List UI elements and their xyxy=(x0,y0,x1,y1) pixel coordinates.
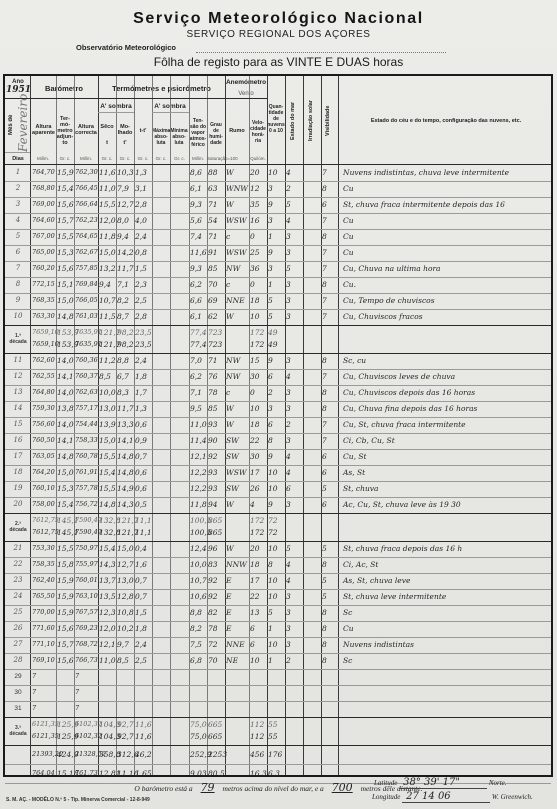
cell-molh: 9,7 xyxy=(117,640,134,649)
cell-seco: 11,0 xyxy=(99,184,116,193)
cell-alt-ap: 760,20 xyxy=(32,264,56,272)
cell-humid: 71 xyxy=(208,356,225,365)
unit-label: Gr. c. xyxy=(116,156,134,162)
weather-observation: Cu xyxy=(343,184,354,193)
cell-alt-ap: 764,04 xyxy=(32,769,56,777)
day-number: 6 xyxy=(7,248,29,256)
cell-pencil-draft: 125,9 xyxy=(57,720,74,729)
cell-alt-cor: 763,10 xyxy=(75,592,98,600)
cell-term: 14,8 xyxy=(57,452,74,461)
day-number: 18 xyxy=(7,468,29,476)
cell-pencil-draft: 121,7 xyxy=(117,516,134,525)
cell-mar: 2 xyxy=(286,184,303,193)
cell-dif: 2,5 xyxy=(135,656,152,665)
cell-term: 125,9 xyxy=(57,732,74,741)
cell-vel: 16 xyxy=(250,216,267,225)
barometro-header: Barómetro xyxy=(31,86,97,92)
cell-mar: 4 xyxy=(286,168,303,177)
cell-vis: 5 xyxy=(322,592,338,601)
row-divider xyxy=(5,433,551,434)
cell-pencil-draft: 7612,75 xyxy=(32,516,56,524)
cell-rumo: E xyxy=(226,624,249,633)
day-number: 3 xyxy=(7,200,29,208)
longitude: Longitude 27 14 06 W. Greenwich. xyxy=(372,791,533,803)
cell-alt-ap: 759,30 xyxy=(32,404,56,412)
row-divider xyxy=(5,481,551,482)
cell-tensao: 8,8 xyxy=(190,608,207,617)
cell-alt-ap: 763,05 xyxy=(32,452,56,460)
cell-vis: 7 xyxy=(322,296,338,305)
cell-nuv: 8 xyxy=(268,560,285,569)
cell-alt-ap: 7 xyxy=(32,704,56,712)
day-number: 24 xyxy=(7,592,29,600)
cell-tensao: 9,3 xyxy=(190,264,207,273)
day-number: 11 xyxy=(7,356,29,364)
cell-seco: 15,5 xyxy=(99,484,116,493)
cell-tensao: 77,4 xyxy=(190,340,207,349)
cell-nuv: 5 xyxy=(268,296,285,305)
weather-observation: As, St, chuva leve xyxy=(343,576,410,585)
cell-tensao: 252,9 xyxy=(190,750,207,759)
cell-alt-ap: 762,55 xyxy=(32,372,56,380)
cell-humid: 91 xyxy=(208,248,225,257)
weather-observation: St, chuva leve intermitente xyxy=(343,592,446,601)
cell-dif: 0,6 xyxy=(135,484,152,493)
cell-nuv: 8 xyxy=(268,436,285,445)
cell-nuv: 1 xyxy=(268,280,285,289)
cell-tensao: 10,0 xyxy=(190,560,207,569)
cell-pencil-draft: 132,8 xyxy=(99,516,116,525)
cell-seco: 13,7 xyxy=(99,576,116,585)
altura-correcta-header: Altura correcta xyxy=(74,124,98,136)
cell-humid: 70 xyxy=(208,656,225,665)
cell-term: 145,1 xyxy=(57,528,74,537)
cell-seco: 13,2 xyxy=(99,264,116,273)
cell-alt-ap: 769,10 xyxy=(32,656,56,664)
cell-mar: 3 xyxy=(286,608,303,617)
cell-alt-cor: 766,64 xyxy=(75,200,98,208)
cell-dif: 2,4 xyxy=(135,640,152,649)
day-number: 23 xyxy=(7,576,29,584)
row-divider xyxy=(5,557,551,558)
barometer-height: 79 xyxy=(195,781,221,794)
cell-vel: 16,3 xyxy=(250,769,267,778)
day-number: 30 xyxy=(7,689,29,696)
cell-mar: 3 xyxy=(286,404,303,413)
weather-observation: Sc, cu xyxy=(343,356,366,365)
cell-nuv: 9 xyxy=(268,500,285,509)
cell-molh: 8,8 xyxy=(117,356,134,365)
cell-term: 15,1 xyxy=(57,280,74,289)
decade-label: 3.ª década xyxy=(7,725,29,737)
cell-humid: 85 xyxy=(208,404,225,413)
cell-mar: 3 xyxy=(286,624,303,633)
cell-alt-ap: 765,00 xyxy=(32,248,56,256)
cell-seco: 11,6 xyxy=(99,168,116,177)
cell-tensao: 7,4 xyxy=(190,232,207,241)
cell-alt-ap: 758,35 xyxy=(32,560,56,568)
cell-seco: 15,4 xyxy=(99,544,116,553)
cell-vis: 8 xyxy=(322,356,338,365)
mes-value: Fevereiro xyxy=(16,106,30,152)
cell-dif: 0,9 xyxy=(135,436,152,445)
cell-mar: 3 xyxy=(286,640,303,649)
cell-nuv: 55 xyxy=(268,732,285,741)
cell-molh: 12,8 xyxy=(117,592,134,601)
cell-molh: 14,8 xyxy=(117,468,134,477)
cell-pencil-draft: 172 xyxy=(250,516,267,525)
cell-rumo: NW xyxy=(226,372,249,381)
quantidade-nuvens-header: Quan-tidade de nuvens 0 a 10 xyxy=(267,104,285,134)
cell-pencil-draft: 6121,35 xyxy=(32,720,56,728)
row-divider xyxy=(5,309,551,310)
cell-molh: 6,7 xyxy=(117,372,134,381)
cell-seco: 12,3 xyxy=(99,608,116,617)
cell-pencil-draft: 49 xyxy=(268,328,285,337)
cell-seco: 13,5 xyxy=(99,592,116,601)
altura-aparente-header: Altura aparente xyxy=(31,124,56,136)
cell-humid: 96 xyxy=(208,544,225,553)
day-number: 20 xyxy=(7,500,29,508)
cell-nuv: 1 xyxy=(268,232,285,241)
cell-seco: 104,3 xyxy=(99,732,116,741)
cell-molh: 8,2 xyxy=(117,296,134,305)
cell-nuv: 10 xyxy=(268,544,285,553)
row-divider xyxy=(5,417,551,418)
cell-mar: 3 xyxy=(286,232,303,241)
cell-alt-ap: 758,00 xyxy=(32,500,56,508)
row-divider xyxy=(5,589,551,590)
cell-alt-cor: 767,57 xyxy=(75,608,98,616)
cell-alt-cor: 761,91 xyxy=(75,468,98,476)
cell-alt-cor: 21328,52 xyxy=(75,750,98,758)
cell-alt-cor: 761,73 xyxy=(75,769,98,777)
cell-term: 14,8 xyxy=(57,312,74,321)
cell-molh: 7,9 xyxy=(117,184,134,193)
cell-vel: 35 xyxy=(250,200,267,209)
cell-humid: 83 xyxy=(208,560,225,569)
weather-observation: Cu, Chuva fina depois das 16 horas xyxy=(343,404,477,413)
cell-vel: 17 xyxy=(250,576,267,585)
row-divider xyxy=(5,325,551,326)
cell-molh: 14,2 xyxy=(117,248,134,257)
weather-observation: Ac, Cu, St, chuva leve às 19 30 xyxy=(343,500,461,509)
cell-term: 424,9 xyxy=(57,750,74,759)
maxima-header: Máxima abso-luta xyxy=(152,128,170,146)
cell-rumo: E xyxy=(226,576,249,585)
day-number: 21 xyxy=(7,544,29,552)
cell-alt-ap: 7659,10 xyxy=(32,340,56,348)
cell-vel: 10 xyxy=(250,656,267,665)
cell-humid: 62 xyxy=(208,312,225,321)
cell-nuv: 5 xyxy=(268,608,285,617)
cell-alt-cor: 760,36 xyxy=(75,356,98,364)
cell-alt-cor: 760,01 xyxy=(75,576,98,584)
day-number: 7 xyxy=(7,264,29,272)
row-divider xyxy=(5,181,551,182)
row-divider xyxy=(5,245,551,246)
cell-vis: 6 xyxy=(322,468,338,477)
cell-humid: 92 xyxy=(208,452,225,461)
cell-nuv: 9 xyxy=(268,356,285,365)
cell-vel: 10 xyxy=(250,312,267,321)
cell-dif: 1,3 xyxy=(135,168,152,177)
velocidade-header: Velo-cidade horá-ria xyxy=(249,120,267,144)
decade-label: 2.ª década xyxy=(7,521,29,533)
cell-dif: 2,5 xyxy=(135,296,152,305)
ano-value: 1951 xyxy=(6,87,30,94)
cell-rumo: SW xyxy=(226,484,249,493)
row-divider xyxy=(5,98,267,99)
cell-tensao: 8,2 xyxy=(190,624,207,633)
cell-vis: 6 xyxy=(322,500,338,509)
cell-vis: 8 xyxy=(322,640,338,649)
weather-observation: Ci, Ac, St xyxy=(343,560,378,569)
cell-nuv: 6 xyxy=(268,420,285,429)
cell-vis: 5 xyxy=(322,576,338,585)
cell-term: 15,9 xyxy=(57,592,74,601)
cell-pencil-draft: 7590,49 xyxy=(75,516,98,524)
row-divider xyxy=(5,573,551,574)
cell-vel: 22 xyxy=(250,592,267,601)
cell-alt-cor: 769,84 xyxy=(75,280,98,288)
cell-dif: 0,7 xyxy=(135,452,152,461)
day-number: 9 xyxy=(7,296,29,304)
cell-alt-ap: 762,40 xyxy=(32,576,56,584)
cell-tensao: 10,6 xyxy=(190,592,207,601)
cell-pencil-draft: 6102,32 xyxy=(75,720,98,728)
row-divider xyxy=(5,197,551,198)
row-divider xyxy=(5,745,551,746)
cell-dif: 0,6 xyxy=(135,420,152,429)
cell-tensao: 7,0 xyxy=(190,356,207,365)
cell-tensao: 75,0 xyxy=(190,732,207,741)
cell-vel: 12 xyxy=(250,184,267,193)
row-divider xyxy=(5,164,551,165)
cell-tensao: 11,8 xyxy=(190,500,207,509)
model-printer-note: S. M. AÇ. - MODÊLO N.º 5 - Tip. Minerva … xyxy=(6,797,150,803)
unit-label: Gr. c. xyxy=(56,156,74,162)
cell-alt-ap: 753,30 xyxy=(32,544,56,552)
row-divider xyxy=(5,261,551,262)
cell-molh: 8,3 xyxy=(117,388,134,397)
cell-alt-cor: 7 xyxy=(75,704,98,712)
cell-molh: 11,16 xyxy=(117,769,134,778)
cell-nuv: 9 xyxy=(268,248,285,257)
cell-term: 15,8 xyxy=(57,560,74,569)
cell-molh: 9,4 xyxy=(117,232,134,241)
cell-tensao: 5,6 xyxy=(190,216,207,225)
cell-alt-cor: 754,44 xyxy=(75,420,98,428)
weather-observation: Cu, St, chuva fraca intermitente xyxy=(343,420,466,429)
cell-molh: 15,0 xyxy=(117,544,134,553)
cell-term: 15,0 xyxy=(57,296,74,305)
cell-seco: 358,8 xyxy=(99,750,116,759)
cell-alt-ap: 21393,20 xyxy=(32,750,56,758)
row-divider xyxy=(5,369,551,370)
cell-dif: 0,5 xyxy=(135,500,152,509)
cell-tensao: 9,5 xyxy=(190,404,207,413)
cell-tensao: 8,6 xyxy=(190,168,207,177)
cell-mar: 4 xyxy=(286,372,303,381)
cell-term: 15,18 xyxy=(57,769,74,778)
cell-pencil-draft: 145,1 xyxy=(57,516,74,525)
cell-pencil-draft: 23,5 xyxy=(135,328,152,337)
cell-nuv: 3 xyxy=(268,264,285,273)
cell-vel: 172 xyxy=(250,528,267,537)
molhado-header: Mo-lhado xyxy=(116,124,134,136)
weather-observation: Cu, Chuviscos leves de chuva xyxy=(343,372,455,381)
cell-dif: 0,4 xyxy=(135,544,152,553)
cell-nuv: 3 xyxy=(268,216,285,225)
cell-nuv: 10 xyxy=(268,592,285,601)
cell-humid: 71 xyxy=(208,232,225,241)
cell-alt-cor: 757,78 xyxy=(75,484,98,492)
cell-dif: 1,65 xyxy=(135,769,152,778)
cell-mar: 6 xyxy=(286,484,303,493)
cell-term: 14,1 xyxy=(57,372,74,381)
cell-vel: 0 xyxy=(250,232,267,241)
day-number: 15 xyxy=(7,420,29,428)
cell-rumo: NNW xyxy=(226,560,249,569)
cell-tensao: 12,2 xyxy=(190,484,207,493)
row-divider xyxy=(5,605,551,606)
cell-alt-ap: 764,20 xyxy=(32,468,56,476)
cell-alt-cor: 756,72 xyxy=(75,500,98,508)
cell-seco: 12,0 xyxy=(99,216,116,225)
cell-dif: 11,6 xyxy=(135,732,152,741)
cell-alt-ap: 772,15 xyxy=(32,280,56,288)
cell-vel: 456 xyxy=(250,750,267,759)
cell-seco: 10,7 xyxy=(99,296,116,305)
cell-vel: 4 xyxy=(250,500,267,509)
day-number: 25 xyxy=(7,608,29,616)
cell-tensao: 100,5 xyxy=(190,528,207,537)
cell-alt-ap: 770,00 xyxy=(32,608,56,616)
cell-alt-cor: 766,45 xyxy=(75,184,98,192)
day-number: 26 xyxy=(7,624,29,632)
day-number: 22 xyxy=(7,560,29,568)
row-divider xyxy=(5,541,551,542)
weather-observation: Nuvens indistintas xyxy=(343,640,414,649)
cell-tensao: 11,0 xyxy=(190,420,207,429)
cell-vis: 7 xyxy=(322,216,338,225)
cell-vel: 30 xyxy=(250,452,267,461)
cell-vis: 7 xyxy=(322,436,338,445)
cell-term: 15,9 xyxy=(57,168,74,177)
cell-vel: 112 xyxy=(250,732,267,741)
cell-alt-cor: 766,05 xyxy=(75,296,98,304)
cell-term: 14,0 xyxy=(57,420,74,429)
row-divider xyxy=(5,401,551,402)
cell-molh: 10,3 xyxy=(117,168,134,177)
cell-rumo: W xyxy=(226,420,249,429)
cell-rumo: c xyxy=(226,388,249,397)
cell-molh: 12,7 xyxy=(117,200,134,209)
row-divider xyxy=(152,112,189,113)
cell-nuv: 10 xyxy=(268,468,285,477)
cell-pencil-draft: 172 xyxy=(250,328,267,337)
cell-pencil-draft: 11,1 xyxy=(135,516,152,525)
cell-alt-ap: 769,00 xyxy=(32,200,56,208)
day-number: 27 xyxy=(7,640,29,648)
cell-nuv: 10 xyxy=(268,484,285,493)
cell-alt-ap: 756,60 xyxy=(32,420,56,428)
cell-dif: 46,2 xyxy=(135,750,152,759)
cell-alt-ap: 764,60 xyxy=(32,216,56,224)
cell-alt-ap: 764,70 xyxy=(32,168,56,176)
observatorio-field-line xyxy=(196,52,446,53)
cell-seco: 12,0 xyxy=(99,624,116,633)
cell-molh: 14,3 xyxy=(117,500,134,509)
cell-mar: 3 xyxy=(286,312,303,321)
cell-alt-cor: 762,63 xyxy=(75,388,98,396)
cell-mar: 3 xyxy=(286,280,303,289)
cell-molh: 14,9 xyxy=(117,484,134,493)
cell-mar: 5 xyxy=(286,264,303,273)
cell-rumo: NNE xyxy=(226,296,249,305)
cell-pencil-draft: 7635,91 xyxy=(75,328,98,336)
cell-molh: 8,0 xyxy=(117,216,134,225)
cell-term: 15,4 xyxy=(57,184,74,193)
weather-observation: Ci, Cb, Cu, St xyxy=(343,436,395,445)
cell-dif: 1,5 xyxy=(135,264,152,273)
cell-alt-cor: 762,67 xyxy=(75,248,98,256)
cell-pencil-draft: 865 xyxy=(208,516,225,525)
cell-term: 15,9 xyxy=(57,576,74,585)
cell-pencil-draft: 11,6 xyxy=(135,720,152,729)
cell-alt-ap: 771,60 xyxy=(32,624,56,632)
cell-dif: 1,6 xyxy=(135,560,152,569)
cell-vel: 172 xyxy=(250,340,267,349)
day-number: 31 xyxy=(7,705,29,712)
cell-alt-cor: 761,03 xyxy=(75,312,98,320)
t-minus-header: t-t' xyxy=(134,128,152,134)
cell-humid: 70 xyxy=(208,280,225,289)
data-table: Ano 1951 Mês de Fevereiro Dias Barómetro… xyxy=(3,74,553,777)
cell-mar: 4 xyxy=(286,216,303,225)
cell-mar: 4 xyxy=(286,560,303,569)
cell-term: 15,4 xyxy=(57,500,74,509)
cell-nuv: 1 xyxy=(268,656,285,665)
cell-molh: 7,1 xyxy=(117,280,134,289)
cell-dif: 1,8 xyxy=(135,624,152,633)
cell-pencil-draft: 153,9 xyxy=(57,328,74,337)
cell-vis: 8 xyxy=(322,280,338,289)
row-divider xyxy=(5,653,551,654)
weather-observation: Nuvens indistintas, chuva leve intermite… xyxy=(343,168,509,177)
cell-rumo: SW xyxy=(226,436,249,445)
day-number: 14 xyxy=(7,404,29,412)
cell-vis: 8 xyxy=(322,608,338,617)
cell-term: 15,6 xyxy=(57,656,74,665)
cell-rumo: W xyxy=(226,200,249,209)
cell-alt-cor: 7 xyxy=(75,688,98,696)
row-divider xyxy=(5,497,551,498)
vento-header: Vento xyxy=(225,91,267,97)
row-divider xyxy=(5,277,551,278)
cell-tensao: 6,2 xyxy=(190,280,207,289)
cell-mar: 3 xyxy=(286,500,303,509)
cell-nuv: 10 xyxy=(268,640,285,649)
cell-tensao: 12,2 xyxy=(190,468,207,477)
cell-term: 14,0 xyxy=(57,356,74,365)
row-divider xyxy=(5,717,551,718)
cell-dif: 0,7 xyxy=(135,592,152,601)
cell-rumo: WSW xyxy=(226,216,249,225)
cell-alt-cor: 7 xyxy=(75,672,98,680)
cell-molh: 14,1 xyxy=(117,436,134,445)
